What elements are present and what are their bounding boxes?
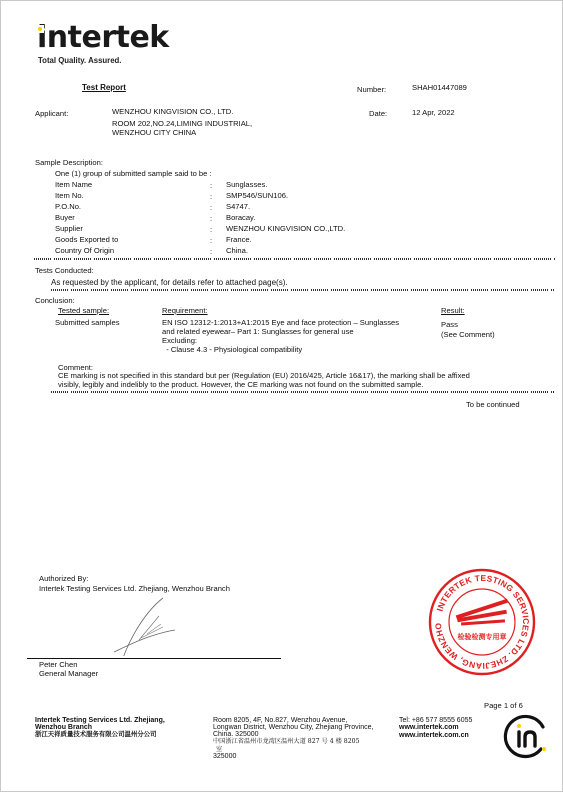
tests-conducted-heading: Tests Conducted:: [35, 266, 94, 275]
signer-name: Peter Chen: [39, 660, 77, 669]
field-label-item-name: Item Name: [55, 180, 92, 189]
signature-line: [27, 658, 281, 659]
field-label-exported-to: Goods Exported to: [55, 235, 118, 244]
signer-title: General Manager: [39, 669, 98, 678]
report-title: Test Report: [82, 83, 126, 93]
requirement-line-1: EN ISO 12312-1:2013+A1:2015 Eye and face…: [162, 318, 399, 327]
footer-website-cn-link[interactable]: www.intertek.com.cn: [399, 732, 469, 740]
field-sep: :: [210, 214, 212, 223]
comment-line-1: CE marking is not specified in this stan…: [58, 371, 470, 380]
report-date: 12 Apr, 2022: [412, 108, 455, 117]
applicant-line-1: WENZHOU KINGVISION CO., LTD.: [112, 107, 233, 116]
intertek-in-logo-icon: [501, 711, 551, 761]
field-value-exported-to: France.: [226, 235, 252, 244]
field-sep: :: [210, 247, 212, 256]
comment-line-2: visibly, legibly and indelibly to the pr…: [58, 380, 423, 389]
field-label-buyer: Buyer: [55, 213, 75, 222]
report-page: intertek Total Quality. Assured. Test Re…: [0, 0, 563, 792]
date-label: Date:: [369, 109, 387, 118]
col-header-requirement: Requirement:: [162, 306, 208, 315]
field-sep: :: [210, 203, 212, 212]
field-value-item-name: Sunglasses.: [226, 180, 267, 189]
col-header-tested-sample: Tested sample:: [58, 306, 109, 315]
requirement-line-3: Excluding:: [162, 336, 197, 345]
footer-address-line-6: 325000: [213, 753, 236, 761]
authorizing-organization: Intertek Testing Services Ltd. Zhejiang,…: [39, 584, 230, 593]
field-label-country-of-origin: Country Of Origin: [55, 246, 114, 255]
separator-dotted: [51, 391, 555, 393]
applicant-line-3: WENZHOU CITY CHINA: [112, 128, 196, 137]
logo-accent-dot-icon: [38, 27, 42, 31]
applicant-line-2: ROOM 202,NO.24,LIMING INDUSTRIAL,: [112, 119, 252, 128]
field-value-country-of-origin: China.: [226, 246, 248, 255]
field-value-item-no: SMP546/SUN106.: [226, 191, 288, 200]
page-number: Page 1 of 6: [484, 701, 523, 710]
requirement-line-4: - Clause 4.3 - Physiological compatibili…: [162, 345, 302, 354]
tested-sample-value: Submitted samples: [55, 318, 120, 327]
separator-dotted: [51, 289, 555, 291]
result-note: (See Comment): [441, 330, 495, 339]
field-value-supplier: WENZHOU KINGVISION CO.,LTD.: [226, 224, 345, 233]
signature-icon: [111, 596, 191, 656]
sample-description-heading: Sample Description:: [35, 158, 103, 167]
field-label-po-no: P.O.No.: [55, 202, 81, 211]
conclusion-heading: Conclusion:: [35, 296, 75, 305]
col-header-result: Result:: [441, 306, 465, 315]
footer-address-line-4: 中国浙江省温州市龙湾区温州大道 827 号 4 楼 8205: [213, 738, 360, 745]
to-be-continued: To be continued: [466, 400, 520, 409]
applicant-label: Applicant:: [35, 109, 68, 118]
separator-dotted: [34, 258, 555, 260]
field-label-supplier: Supplier: [55, 224, 83, 233]
tests-conducted-text: As requested by the applicant, for detai…: [51, 278, 288, 288]
report-number: SHAH01447089: [412, 83, 467, 92]
number-label: Number:: [357, 85, 386, 94]
intertek-logo: intertek: [37, 23, 169, 53]
svg-text:检验检测专用章: 检验检测专用章: [458, 632, 507, 641]
result-value: Pass: [441, 320, 458, 329]
field-value-buyer: Boracay.: [226, 213, 255, 222]
field-sep: :: [210, 192, 212, 201]
field-sep: :: [210, 225, 212, 234]
authorized-by-label: Authorized By:: [39, 574, 88, 583]
field-sep: :: [210, 236, 212, 245]
field-label-item-no: Item No.: [55, 191, 84, 200]
field-sep: :: [210, 181, 212, 190]
sample-intro: One (1) group of submitted sample said t…: [55, 169, 212, 178]
field-value-po-no: S4747.: [226, 202, 250, 211]
requirement-line-2: and related eyewear– Part 1: Sunglasses …: [162, 327, 354, 336]
company-seal-stamp-icon: INTERTEK TESTING SERVICES LTD. ZHEJIANG,…: [427, 567, 537, 677]
footer-company-line-3: 浙江天祥质量技术服务有限公司温州分公司: [35, 731, 156, 739]
brand-tagline: Total Quality. Assured.: [38, 56, 121, 65]
